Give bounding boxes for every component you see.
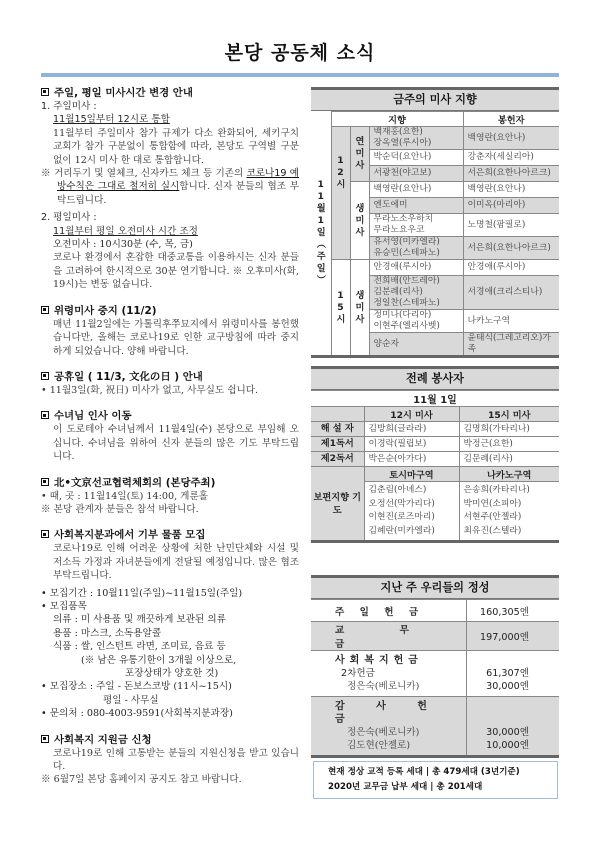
intention-cell: 정미나(다리아)이현주(엘리사벳) xyxy=(369,310,463,333)
section-note: ※ 6월7일 본당 홈페이지 공지도 참고 바랍니다. xyxy=(41,773,299,786)
meeting-note: ※ 본당 관계자 분들은 참석 바랍니다. xyxy=(41,503,299,516)
server-cell: 김방희(글라라) xyxy=(364,422,459,437)
sunday-mass-subheading: 11월15일부터 12시로 통합 xyxy=(41,113,299,126)
section-holiday: 공휴일 ( 11/3, 文化の日 ) 안내 • 11월3일(화, 祝日) 미사가… xyxy=(41,370,299,397)
page-title: 본당 공동체 소식 xyxy=(0,38,600,65)
liturgy-servers-table: 11월 1일 12시 미사 15시 미사 해 설 자 김방희(글라라) 김명희(… xyxy=(311,390,559,543)
donation-items-note: (※ 남은 유통기한이 3개월 이상으로, xyxy=(41,654,299,667)
intention-cell: 양순자 xyxy=(369,333,463,357)
donation-item: 식품 : 쌀, 인스턴트 라면, 조미료, 음료 등 xyxy=(41,640,299,653)
square-bullet-icon xyxy=(41,411,49,419)
section-body: 매년 11월2일에는 가톨릭후쭈묘지에서 위령미사를 봉헌했습니다만, 올해는 … xyxy=(41,318,299,358)
square-bullet-icon xyxy=(41,88,49,96)
intention-cell: 안경애(루시아) xyxy=(369,260,463,276)
intention-cell: 전희배(안드레아)김분례(리사)정일찬(스테파노) xyxy=(369,276,463,310)
time-15-cell: 15 시 xyxy=(331,260,350,357)
section-sister-transfer: 수녀님 인사 이동 이 도로테아 수녀님께서 11월4일(수) 본당으로 부임해… xyxy=(41,409,299,463)
type-saeng-cell: 생 미 사 xyxy=(350,260,369,357)
role-cell: 제1독서 xyxy=(311,437,364,452)
section-body: • 11월3일(화, 祝日) 미사가 없고, 사무실도 쉽니다. xyxy=(41,384,299,397)
square-bullet-icon xyxy=(41,306,49,314)
section-heading: 사회복지분과에서 기부 물품 모집 xyxy=(41,528,299,542)
donation-place: • 모집장소 : 주일 - 돈보스코방 (11시~15시) xyxy=(41,680,299,693)
col-15-mass: 15시 미사 xyxy=(459,407,559,422)
welfare-amounts: 61,307엔30,000엔 xyxy=(466,651,559,697)
section-heading: 수녀님 인사 이동 xyxy=(41,409,299,423)
square-bullet-icon xyxy=(41,372,49,380)
type-yeon-cell: 연 미 사 xyxy=(350,127,369,182)
section-heading: 주일, 평일 미사시간 변경 안내 xyxy=(41,86,299,100)
col-donor: 봉헌자 xyxy=(463,112,559,127)
section-heading: 北•文京선교협력체회의 (본당주최) xyxy=(41,476,299,490)
type-saeng-cell: 생 미 사 xyxy=(350,182,369,260)
intention-cell: 박순덕(요안나) xyxy=(369,150,463,166)
section-body: 코로나19로 인해 고통받는 분들의 지원신청을 받고 있습니다. xyxy=(41,747,299,774)
square-bullet-icon xyxy=(41,478,49,486)
intention-cell: 백재홍(요한)장옥열(루시아) xyxy=(369,127,463,150)
role-cell: 해 설 자 xyxy=(311,422,364,437)
col-intention: 지향 xyxy=(331,112,463,127)
server-cell: 박은순(아가다) xyxy=(364,452,459,467)
donor-cell: 안경애(루시아) xyxy=(463,260,559,276)
meeting-time-place: • 때, 곳 : 11월14일(토) 14:00, 게룬홀 xyxy=(41,490,299,503)
offering-amount: 160,305엔 xyxy=(466,600,559,622)
donation-items-note: 포장상태가 양호한 것) xyxy=(41,667,299,680)
donor-cell: 서경애(크리스티나) xyxy=(463,276,559,310)
server-cell: 박정근(요한) xyxy=(459,437,559,452)
prayer-list-a: 김춘림(아녜스)오정선(막가리다)이현진(로즈마리)김혜란(미카엘라) xyxy=(364,482,459,542)
weekday-mass-body: 코로나 환경에서 혼잡한 대중교통을 이용하시는 신자 분들을 고려하여 한시적… xyxy=(41,251,299,291)
section-heading: 사회복지 지원금 신청 xyxy=(41,733,299,747)
section-donation-drive: 사회복지분과에서 기부 물품 모집 코로나19로 인해 어려운 상황에 처한 난… xyxy=(41,528,299,720)
donor-cell: 강춘자(세실리아) xyxy=(463,150,559,166)
intention-cell: 유서영(미카엘라)유승민(스테파노) xyxy=(369,237,463,260)
sunday-mass-label: 1. 주일미사 : xyxy=(41,100,299,113)
time-12-cell: 12 시 xyxy=(331,127,350,260)
weekday-mass-time: 오전미사 : 10시30분 (수, 목, 금) xyxy=(41,238,299,251)
donor-cell: 노명철(팜필로) xyxy=(463,214,559,237)
donation-period: • 모집기간 : 10월11일(주일)~11월15일(주일) xyxy=(41,587,299,600)
date-cell: 11 월 1 일 ︵ 주 일 ︶ xyxy=(311,112,331,357)
mass-intentions-table: 11 월 1 일 ︵ 주 일 ︶ 지향 봉헌자 12 시 연 미 사 백재홍(요… xyxy=(311,111,559,358)
thanks-amounts: 30,000엔10,000엔 xyxy=(466,697,559,757)
donation-item: 의류 : 미 사용품 및 깨끗하게 보관된 의류 xyxy=(41,613,299,626)
sunday-mass-body: 11월부터 주일미사 참가 규제가 다소 완화되어, 세키구치교회가 참가 구분… xyxy=(41,127,299,167)
square-bullet-icon xyxy=(41,530,49,538)
offerings-panel: 지난 주 우리들의 정성 주 일 헌 금 160,305엔 교 무 금 197,… xyxy=(311,575,559,758)
server-cell: 김명희(가타리나) xyxy=(459,422,559,437)
donor-cell: 윤태식(그레고리오)가족 xyxy=(463,333,559,357)
weekday-mass-label: 2. 평일미사 : xyxy=(41,211,299,224)
server-cell: 이경락(필립보) xyxy=(364,437,459,452)
offering-label: 주 일 헌 금 xyxy=(311,600,466,622)
district-a: 토시마구역 xyxy=(364,467,459,482)
panel-title: 지난 주 우리들의 정성 xyxy=(311,575,559,599)
corner-cell xyxy=(311,407,364,422)
donor-cell: 서은희(요한나아르크) xyxy=(463,166,559,182)
donation-contact: • 문의처 : 080-4003-9591(사회복지분과장) xyxy=(41,707,299,720)
title-divider xyxy=(41,73,559,77)
offerings-table: 주 일 헌 금 160,305엔 교 무 금 197,000엔 사회복지헌금 2… xyxy=(311,599,559,758)
weekday-mass-subheading: 11월부터 평일 오전미사 시간 조정 xyxy=(41,225,299,238)
donation-item: 용품 : 마스크, 소독용알콜 xyxy=(41,627,299,640)
section-welfare-support: 사회복지 지원금 신청 코로나19로 인해 고통받는 분들의 지원신청을 받고 … xyxy=(41,733,299,787)
section-memorial-mass: 위령미사 중지 (11/2) 매년 11월2일에는 가톨릭후쭈묘지에서 위령미사… xyxy=(41,304,299,358)
server-cell: 김문례(리사) xyxy=(459,452,559,467)
section-body: 이 도로테아 수녀님께서 11월4일(수) 본당으로 부임해 오십니다. 수녀님… xyxy=(41,423,299,463)
mass-intentions-panel: 금주의 미사 지향 11 월 1 일 ︵ 주 일 ︶ 지향 봉헌자 12 시 연… xyxy=(311,87,559,358)
household-stats-box: 현재 정상 교적 등록 세대 | 총 479세대 (3년기준) 2020년 교무… xyxy=(313,761,558,799)
sunday-mass-note: ※ 거리두기 및 열체크, 신자카드 체크 등 기존의 코로나19 예방수칙은 … xyxy=(41,167,299,207)
offering-label: 교 무 금 xyxy=(311,622,466,651)
welfare-offering-cell: 사회복지헌금 2차헌금 정은숙(베로니카) xyxy=(311,651,466,697)
service-date: 11월 1일 xyxy=(311,391,559,407)
section-body: 코로나19로 인해 어려운 상황에 처한 난민단체와 시설 및 저소득 가정과 … xyxy=(41,542,299,582)
intention-cell: 엔도에미 xyxy=(369,198,463,214)
donation-items-label: • 모집품목 xyxy=(41,600,299,613)
section-heading: 공휴일 ( 11/3, 文化の日 ) 안내 xyxy=(41,370,299,384)
col-12-mass: 12시 미사 xyxy=(364,407,459,422)
thanks-offering-cell: 감 사 헌 금 정은숙(베로니카) 김도현(안젤로) xyxy=(311,697,466,757)
dues-households: 2020년 교무금 납부 세대 | 총 201세대 xyxy=(328,780,557,795)
prayer-list-b: 은송희(카타리나)박미연(소피아)서현주(안젤라)최유진(스텔라) xyxy=(459,482,559,542)
liturgy-servers-panel: 전례 봉사자 11월 1일 12시 미사 15시 미사 해 설 자 김방희(글라… xyxy=(311,366,559,543)
section-mass-time-change: 주일, 평일 미사시간 변경 안내 1. 주일미사 : 11월15일부터 12시… xyxy=(41,86,299,292)
role-cell: 제2독서 xyxy=(311,452,364,467)
donor-cell: 나카노구역 xyxy=(463,310,559,333)
registered-households: 현재 정상 교적 등록 세대 | 총 479세대 (3년기준) xyxy=(328,765,557,780)
intention-cell: 백영란(요안나) xyxy=(369,182,463,198)
panel-title: 금주의 미사 지향 xyxy=(311,87,559,111)
square-bullet-icon xyxy=(41,735,49,743)
panel-title: 전례 봉사자 xyxy=(311,366,559,390)
donation-place-weekday: 평일 - 사무실 xyxy=(41,694,299,707)
donor-cell: 이미옥(마리아) xyxy=(463,198,559,214)
intention-cell: 서광천(야고보) xyxy=(369,166,463,182)
offering-amount: 197,000엔 xyxy=(466,622,559,651)
intention-cell: 무라노소우하치무라노요우코 xyxy=(369,214,463,237)
section-heading: 위령미사 중지 (11/2) xyxy=(41,304,299,318)
donor-cell: 서은희(요한나아르크) xyxy=(463,237,559,260)
district-b: 나카노구역 xyxy=(459,467,559,482)
donor-cell: 백영란(요안나) xyxy=(463,127,559,150)
prayer-role-cell: 보편지향 기 도 xyxy=(311,467,364,542)
donor-cell: 백영란(요안나) xyxy=(463,182,559,198)
section-mission-meeting: 北•文京선교협력체회의 (본당주최) • 때, 곳 : 11월14일(토) 14… xyxy=(41,476,299,517)
announcements-column: 주일, 평일 미사시간 변경 안내 1. 주일미사 : 11월15일부터 12시… xyxy=(41,86,299,799)
